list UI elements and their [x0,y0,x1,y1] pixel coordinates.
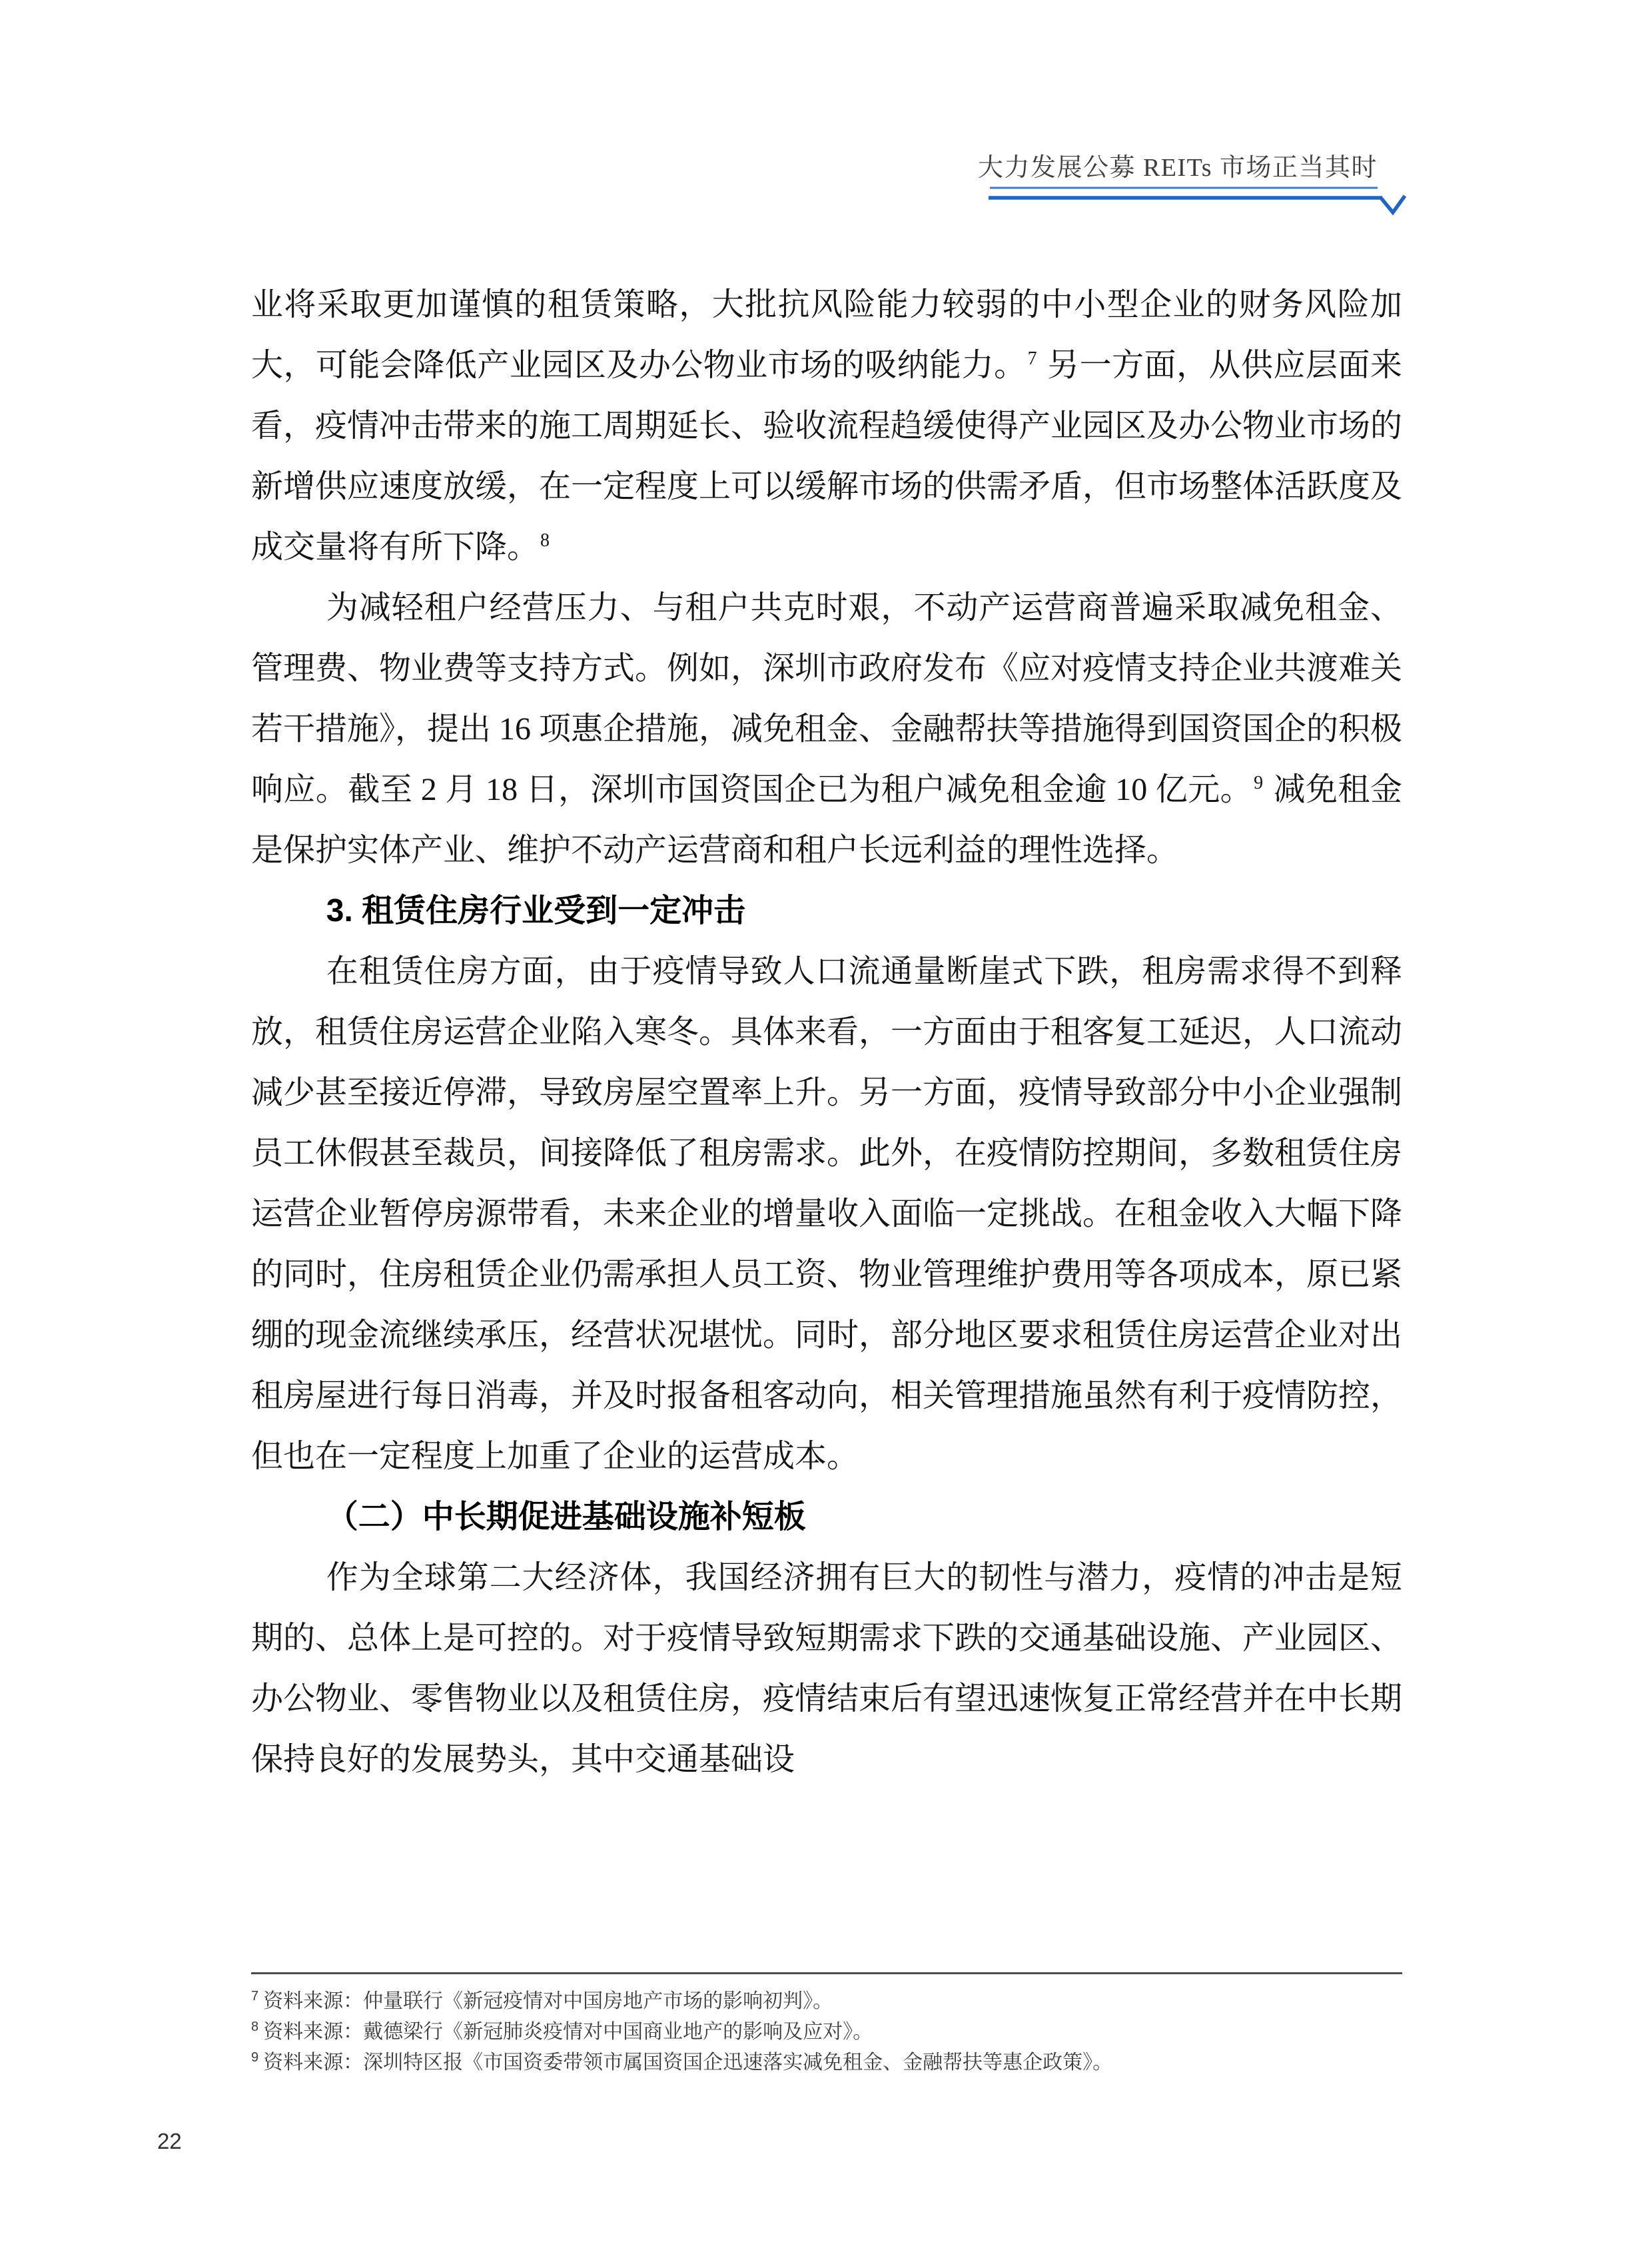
footnote-marker: 7 [251,1989,258,2004]
footnote-marker: 9 [251,2050,258,2065]
footnote-marker: 8 [251,2020,258,2034]
footnote-item: 8资料来源：戴德梁行《新冠肺炎疫情对中国商业地产的影响及应对》。 [251,2017,1402,2048]
footnote-text: 资料来源：仲量联行《新冠疫情对中国房地产市场的影响初判》。 [263,1990,833,2012]
section-heading: 3. 租赁住房行业受到一定冲击 [251,881,1402,941]
footnote-item: 9资料来源：深圳特区报《市国资委带领市属国资国企迅速落实减免租金、金融帮扶等惠企… [251,2048,1402,2078]
body-paragraph: 作为全球第二大经济体，我国经济拥有巨大的韧性与潜力，疫情的冲击是短期的、总体上是… [251,1547,1402,1790]
body-paragraph: 在租赁住房方面，由于疫情导致人口流通量断崖式下跌，租房需求得不到释放，租赁住房运… [251,941,1402,1487]
body-paragraph: 业将采取更加谨慎的租赁策略，大批抗风险能力较弱的中小型企业的财务风险加大，可能会… [251,274,1402,577]
footnote-ref-7: 7 [1028,348,1037,369]
footnotes-section: 7资料来源：仲量联行《新冠疫情对中国房地产市场的影响初判》。8资料来源：戴德梁行… [251,1986,1402,2078]
body-paragraph: 为减轻租户经营压力、与租户共克时艰，不动产运营商普遍采取减免租金、管理费、物业费… [251,577,1402,881]
footnote-text: 资料来源：戴德梁行《新冠肺炎疫情对中国商业地产的影响及应对》。 [263,2021,873,2043]
footnote-divider [251,1972,1402,1974]
document-body: 业将采取更加谨慎的租赁策略，大批抗风险能力较弱的中小型企业的财务风险加大，可能会… [251,274,1402,1790]
document-page: 大力发展公募 REITs 市场正当其时 业将采取更加谨慎的租赁策略，大批抗风险能… [0,0,1652,2242]
footnote-ref-9: 9 [1254,773,1263,793]
page-header-title: 大力发展公募 REITs 市场正当其时 [978,147,1378,183]
footnote-text: 资料来源：深圳特区报《市国资委带领市属国资国企迅速落实减免租金、金融帮扶等惠企政… [263,2052,1112,2073]
page-number: 22 [157,2129,182,2154]
footnote-ref-8: 8 [540,530,550,551]
section-heading: （二）中长期促进基础设施补短板 [251,1487,1402,1547]
chevron-down-icon [1381,196,1405,212]
footnote-item: 7资料来源：仲量联行《新冠疫情对中国房地产市场的影响初判》。 [251,1986,1402,2017]
header-underline-decoration [989,182,1410,220]
